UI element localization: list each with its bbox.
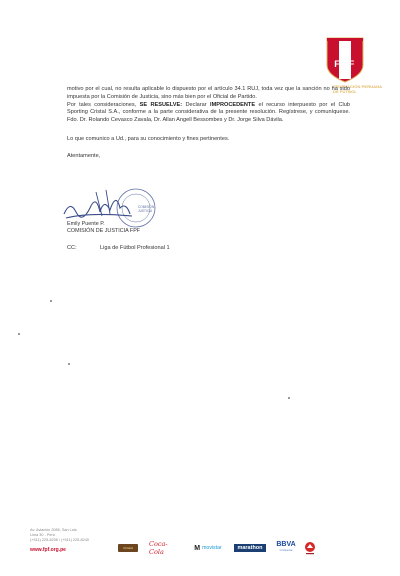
closing-line: Lo que comunico a Ud., para su conocimie… (67, 136, 350, 144)
paragraph-reasoning: motivo por el cual, no resulta aplicable… (67, 86, 350, 102)
sponsor-cristal-logo: Cristal (118, 544, 138, 552)
cc-line: CC:Liga de Fútbol Profesional 1 (67, 245, 170, 251)
scan-speck (68, 363, 70, 365)
signatory-title: COMISIÓN DE JUSTICIA FPF (67, 228, 140, 235)
salutation: Atentamente, (67, 153, 350, 161)
sponsor-logos: Cristal Coca-Cola Mmovistar marathon BBV… (118, 541, 318, 557)
sponsor-movistar-logo: Mmovistar (188, 541, 228, 555)
fpf-shield-logo: FPF (326, 37, 364, 83)
scan-speck (288, 397, 290, 399)
sponsor-coca-cola-logo: Coca-Cola (149, 541, 179, 555)
letter-body: motivo por el cual, no resulta aplicable… (67, 86, 350, 161)
sponsor-bbva-logo: BBVAContinental (272, 541, 300, 555)
signatory-name: Emily Puente P. (67, 221, 140, 228)
scan-speck (18, 333, 20, 335)
cc-value: Liga de Fútbol Profesional 1 (100, 245, 170, 251)
footer-website-link[interactable]: www.fpf.org.pe (30, 547, 66, 553)
sponsor-marathon-logo: marathon (234, 544, 266, 552)
improcedente-label: IMPROCEDENTE (210, 102, 255, 108)
footer-address: Av. Aviación 2085, San Luis Lima 30 - Pe… (30, 528, 89, 544)
cc-label: CC: (67, 245, 100, 251)
signatory: Emily Puente P. COMISIÓN DE JUSTICIA FPF (67, 221, 140, 235)
svg-text:JUSTICIA: JUSTICIA (138, 209, 153, 213)
scan-speck (50, 300, 52, 302)
sponsor-red-emblem-icon (303, 541, 317, 555)
paragraph-resolution: Por tales consideraciones, SE RESUELVE: … (67, 102, 350, 125)
resolve-label: SE RESUELVE: (140, 102, 182, 108)
svg-text:FPF: FPF (334, 59, 356, 69)
